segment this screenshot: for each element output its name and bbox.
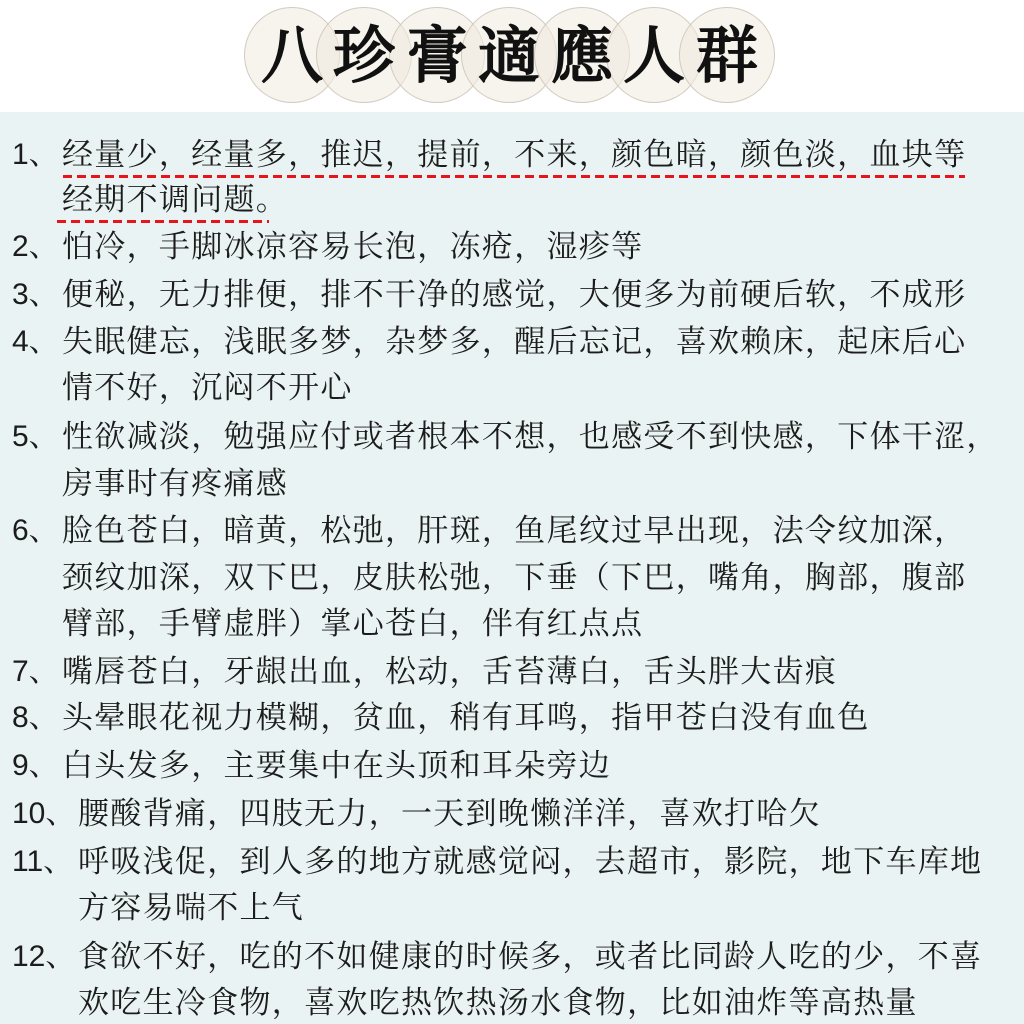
- item-text: 怕冷，手脚冰凉容易长泡，冻疮，湿疹等: [62, 224, 643, 270]
- item-text: 腰酸背痛，四肢无力，一天到晚懒洋洋，喜欢打哈欠: [78, 791, 821, 837]
- item-text: 经期不调问题。: [62, 177, 288, 223]
- item-text: 经量少，经量多，推迟，提前，不来，颜色暗，颜色淡，血块等: [62, 132, 966, 178]
- item-text: 嘴唇苍白，牙龈出血，松动，舌苔薄白，舌头胖大齿痕: [62, 649, 837, 695]
- highlight-underline: [57, 220, 269, 223]
- item-text: 方容易喘不上气: [78, 885, 304, 931]
- item-text: 呼吸浅促，到人多的地方就感觉闷，去超市，影院，地下车库地: [78, 839, 982, 885]
- item-text: 食欲不好，吃的不如健康的时候多，或者比同龄人吃的少，不喜: [78, 934, 982, 980]
- item-number: 2、: [12, 224, 59, 270]
- item-number: 1、: [12, 132, 59, 178]
- item-text: 欢吃生冷食物，喜欢吃热饮热汤水食物，比如油炸等高热量: [78, 980, 918, 1024]
- item-text: 脸色苍白，暗黄，松弛，肝斑，鱼尾纹过早出现，法令纹加深，: [62, 508, 966, 554]
- item-text: 臂部，手臂虚胖）掌心苍白，伴有红点点: [62, 601, 643, 647]
- item-number: 9、: [12, 743, 59, 789]
- item-number: 5、: [12, 414, 59, 460]
- title-char: 群: [679, 16, 775, 96]
- item-number: 8、: [12, 695, 59, 741]
- item-number: 12、: [12, 934, 75, 980]
- item-number: 3、: [12, 272, 59, 318]
- item-text: 房事时有疼痛感: [62, 461, 288, 507]
- item-text: 失眠健忘，浅眠多梦，杂梦多，醒后忘记，喜欢赖床，起床后心: [62, 319, 966, 365]
- item-number: 4、: [12, 319, 59, 365]
- item-number: 10、: [12, 791, 75, 837]
- item-text: 颈纹加深，双下巴，皮肤松弛，下垂（下巴，嘴角，胸部，腹部: [62, 555, 966, 601]
- item-number: 7、: [12, 649, 59, 695]
- item-text: 便秘，无力排便，排不干净的感觉，大便多为前硬后软，不成形: [62, 272, 966, 318]
- item-number: 6、: [12, 508, 59, 554]
- item-text: 情不好，沉闷不开心: [62, 365, 353, 411]
- title-banner: 八 珍 膏 適 應 人 群: [0, 0, 1024, 112]
- item-text: 头晕眼花视力模糊，贫血，稍有耳鸣，指甲苍白没有血色: [62, 695, 870, 741]
- item-text: 性欲减淡，勉强应付或者根本不想，也感受不到快感，下体干涩，: [62, 414, 999, 460]
- item-number: 11、: [12, 839, 73, 885]
- item-text: 白头发多，主要集中在头顶和耳朵旁边: [62, 743, 611, 789]
